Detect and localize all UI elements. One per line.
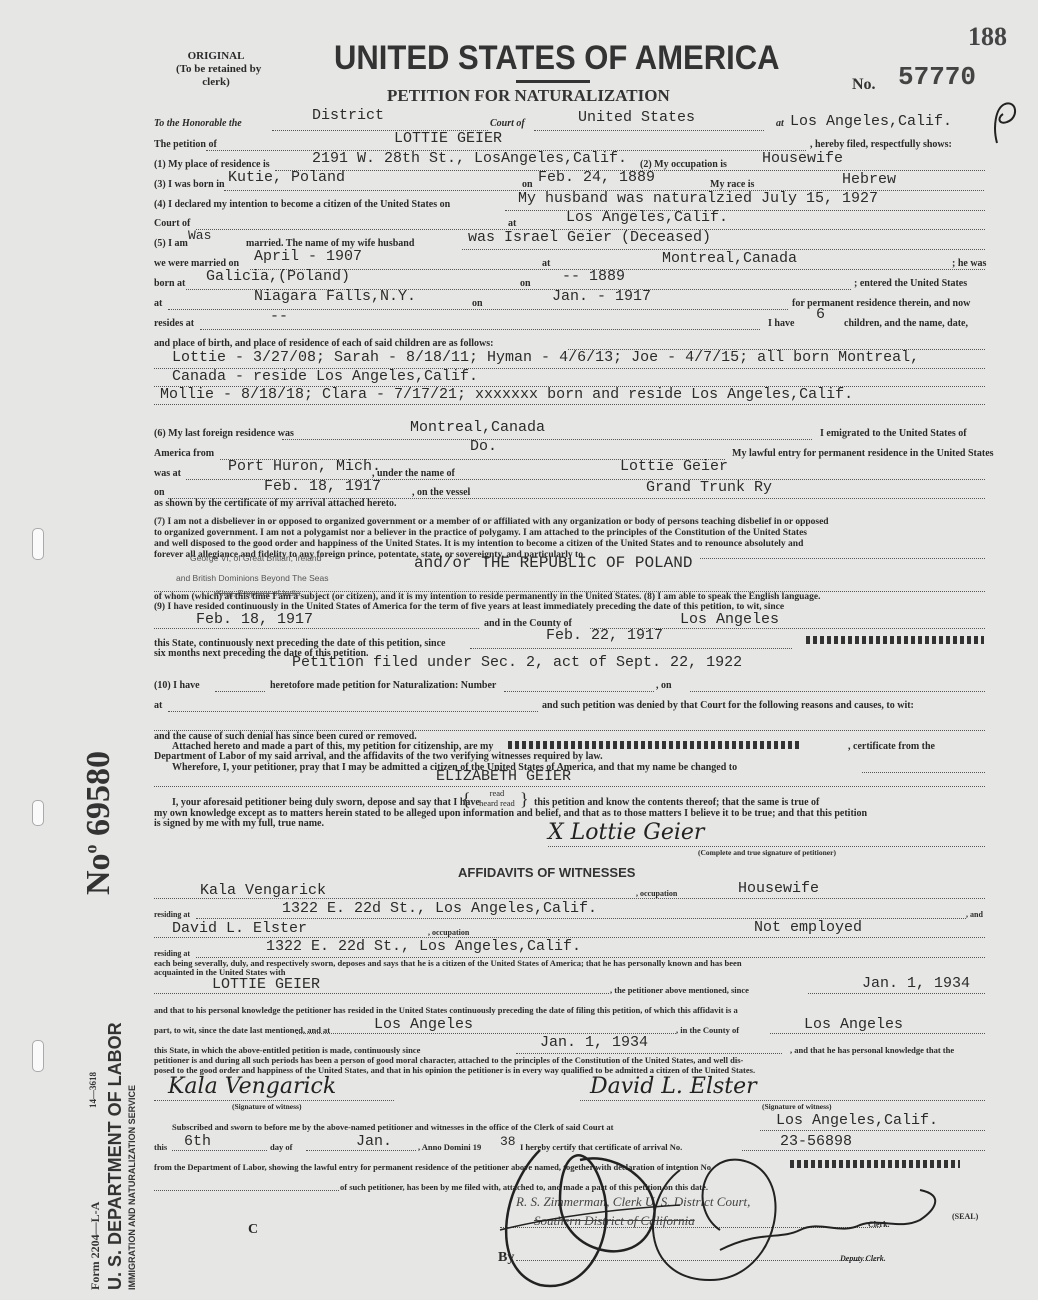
affidavit-petitioner: LOTTIE GEIER <box>212 976 320 993</box>
label-vessel: , on the vessel <box>412 487 470 498</box>
label-children: children, and the name, date, <box>844 318 968 329</box>
residence-value: 2191 W. 28th St., LosAngeles,Calif. <box>312 150 627 167</box>
label-denied: and such petition was denied by that Cou… <box>542 700 914 711</box>
p7-line: (7) I am not a disbeliever in or opposed… <box>154 517 829 528</box>
label-and: , and <box>966 910 983 919</box>
label-occupation-2: , occupation <box>428 928 469 937</box>
clerk-label: clerk) <box>176 76 256 89</box>
handwritten-mark <box>985 98 1025 148</box>
document-title: UNITED STATES OF AMERICA <box>334 38 779 78</box>
county-value: Los Angeles <box>680 611 779 628</box>
day-value: 6th <box>184 1133 211 1150</box>
label-on-4: on <box>154 487 165 498</box>
oath-line-1a: I, your aforesaid petitioner being duly … <box>172 797 480 808</box>
number-label: No. <box>852 76 876 94</box>
label-he-was: ; he was <box>952 258 986 269</box>
spouse-entered-at: Niagara Falls,N.Y. <box>254 288 416 305</box>
stamp-sovereign-2: and British Dominions Beyond The Seas <box>176 573 328 583</box>
birthdate-value: Feb. 24, 1889 <box>538 169 655 186</box>
label-emigrated: I emigrated to the United States of <box>820 428 967 439</box>
label-court-of: Court of <box>490 118 525 129</box>
children-count: 6 <box>816 306 825 323</box>
label-born-at: born at <box>154 278 185 289</box>
court-location: Los Angeles,Calif. <box>790 113 952 130</box>
original-note: ORIGINAL (To be retained by clerk) <box>176 50 256 89</box>
children-line-1: Lottie - 3/27/08; Sarah - 8/18/11; Hyman… <box>172 349 919 366</box>
title-rule <box>516 80 590 83</box>
mark-c: C <box>248 1222 258 1238</box>
spouse-born-on: -- 1889 <box>562 268 625 285</box>
court-type: District <box>312 107 384 124</box>
label-resides-at: resides at <box>154 318 194 329</box>
resided-since-value: Feb. 18, 1917 <box>196 611 313 628</box>
label-was-at: was at <box>154 468 181 479</box>
label-petition-of: The petition of <box>154 139 217 150</box>
label-at-4: at <box>154 298 162 309</box>
original-label: ORIGINAL <box>176 50 256 63</box>
entry-on-value: Feb. 18, 1917 <box>264 478 381 495</box>
side-certificate-number: Noo 69580 <box>80 751 118 895</box>
brace-left: { <box>462 789 471 810</box>
label-at-2: at <box>508 218 516 229</box>
witness-2-signature: David L. Elster <box>590 1074 757 1099</box>
page-number: 188 <box>968 22 1007 52</box>
label-i-have: I have <box>768 318 794 329</box>
entry-name-value: Lottie Geier <box>620 458 728 475</box>
label-at-3: at <box>542 258 550 269</box>
oath-line-3: is signed by me with my full, true name. <box>154 818 324 829</box>
label-department: Department of Labor of my said arrival, … <box>154 751 603 762</box>
section-note: Petition filed under Sec. 2, act of Sept… <box>292 654 742 671</box>
state-since-value: Feb. 22, 1917 <box>546 627 663 644</box>
side-code: 14—3618 <box>88 1072 98 1108</box>
label-entered: ; entered the United States <box>854 278 967 289</box>
brace-right: } <box>520 789 529 810</box>
label-race: My race is <box>710 179 754 190</box>
label-last-foreign: (6) My last foreign residence was <box>154 428 294 439</box>
witness-1-signature: Kala Vengarick <box>168 1074 336 1099</box>
married-at-value: Montreal,Canada <box>662 250 797 267</box>
petitioner-name: LOTTIE GEIER <box>394 130 502 147</box>
p7-line: to organized government. I am not a poly… <box>154 528 829 539</box>
label-county-2: , in the County of <box>676 1025 739 1035</box>
label-occupation-1: , occupation <box>636 889 677 898</box>
witness-1-occupation: Housewife <box>738 880 819 897</box>
label-on: on <box>522 179 533 190</box>
emigrated-from-value: Do. <box>470 438 497 455</box>
read-choice: read heard read <box>474 788 520 808</box>
married-status: Was <box>188 228 211 243</box>
label-residing-2: residing at <box>154 949 190 958</box>
spouse-value: was Israel Geier (Deceased) <box>468 229 711 246</box>
label-court: Court of <box>154 218 190 229</box>
affidavit-p6: petitioner is and during all such period… <box>154 1055 743 1065</box>
label-10c: , on <box>656 680 672 691</box>
spouse-entered-on: Jan. - 1917 <box>552 288 651 305</box>
label-10b: heretofore made petition for Naturalizat… <box>270 680 496 691</box>
label-on-3: on <box>472 298 483 309</box>
punch-hole <box>32 800 44 826</box>
clerk-signature <box>480 1110 960 1300</box>
petition-number: 57770 <box>898 62 976 92</box>
children-line-3: Mollie - 8/18/18; Clara - 7/17/21; xxxxx… <box>160 386 853 403</box>
continuous-since-value: Jan. 1, 1934 <box>540 1034 648 1051</box>
court-name: United States <box>578 109 695 126</box>
label-born-in: (3) I was born in <box>154 179 225 190</box>
label-at-5: at <box>154 700 162 711</box>
witness-1-caption: (Signature of witness) <box>232 1102 301 1111</box>
label-i-am: (5) I am <box>154 238 188 249</box>
signature-caption: (Complete and true signature of petition… <box>698 848 836 857</box>
birthplace-value: Kutie, Poland <box>228 169 345 186</box>
occupation-value: Housewife <box>762 150 843 167</box>
known-since-value: Jan. 1, 1934 <box>862 975 970 992</box>
label-america-from: America from <box>154 448 214 459</box>
label-anno-domini: , Anno Domini 19 <box>418 1142 481 1152</box>
label-under-name: , under the name of <box>372 468 455 479</box>
declared-value: My husband was naturalzied July 15, 1927 <box>518 190 878 207</box>
struck-text <box>806 636 984 644</box>
side-service: IMMIGRATION AND NATURALIZATION SERVICE <box>127 1085 137 1290</box>
spouse-resides: -- <box>270 308 288 325</box>
label-this: this <box>154 1142 167 1152</box>
new-name-value: ELIZABETH GEIER <box>436 768 571 785</box>
label-declared: (4) I declared my intention to become a … <box>154 199 450 210</box>
children-line-2: Canada - reside Los Angeles,Calif. <box>172 368 478 385</box>
label-filed: , hereby filed, respectfully shows: <box>810 139 952 150</box>
label-certificate: as shown by the certificate of my arriva… <box>154 498 397 509</box>
witness-1-name: Kala Vengarick <box>200 882 326 899</box>
spouse-born-at: Galicia,(Poland) <box>206 268 350 285</box>
label-honorable: To the Honorable the <box>154 118 242 129</box>
paragraph-8: of whom (which) at this time I am a subj… <box>154 592 820 602</box>
last-foreign-value: Montreal,Canada <box>410 419 545 436</box>
resided-at-value: Los Angeles <box>374 1016 473 1033</box>
vessel-value: Grand Trunk Ry <box>646 479 772 496</box>
label-children-detail: and place of birth, and place of residen… <box>154 338 493 349</box>
label-attached-b: , certificate from the <box>848 741 935 752</box>
affidavits-title: AFFIDAVITS OF WITNESSES <box>458 865 635 880</box>
affidavit-p3: and that to his personal knowledge the p… <box>154 1005 738 1015</box>
entry-at-value: Port Huron, Mich. <box>228 458 381 475</box>
month-value: Jan. <box>356 1133 392 1150</box>
witness-2-occupation: Not employed <box>754 919 862 936</box>
stamp-sovereign-1: George VI, of Great Britian, Ireland <box>190 553 321 563</box>
heard-read-option: heard read <box>474 798 520 808</box>
punch-hole <box>32 1040 44 1072</box>
declared-at-value: Los Angeles,Calif. <box>566 209 728 226</box>
read-option: read <box>474 788 520 798</box>
label-since: , the petitioner above mentioned, since <box>610 985 749 995</box>
naturalization-petition-page: Noo 69580 Form 2204—L-A U. S. DEPARTMENT… <box>0 0 1038 1300</box>
retained-label: (To be retained by <box>176 63 256 76</box>
side-form-number: Form 2204—L-A <box>88 1202 103 1290</box>
affidavit-p5: this State, in which the above-entitled … <box>154 1045 420 1055</box>
label-day-of: day of <box>270 1142 292 1152</box>
witness-2-address: 1322 E. 22d St., Los Angeles,Calif. <box>266 938 581 955</box>
side-department: U. S. DEPARTMENT OF LABOR <box>105 1022 126 1290</box>
document-subtitle: PETITION FOR NATURALIZATION <box>387 86 670 106</box>
petitioner-signature: X Lottie Geier <box>548 820 704 845</box>
p7-line: and well disposed to the good order and … <box>154 539 829 550</box>
affidavit-p5b: , and that he has personal knowledge tha… <box>790 1045 954 1055</box>
punch-hole <box>32 528 44 560</box>
label-10: (10) I have <box>154 680 200 691</box>
label-residing-1: residing at <box>154 910 190 919</box>
oath-line-1b: this petition and know the contents ther… <box>534 797 819 808</box>
sovereign-value: and/or THE REPUBLIC OF POLAND <box>414 554 692 572</box>
witness-2-name: David L. Elster <box>172 920 307 937</box>
label-on-2: on <box>520 278 531 289</box>
struck-text <box>508 741 800 749</box>
county-value-2: Los Angeles <box>804 1016 903 1033</box>
race-value: Hebrew <box>842 171 896 188</box>
witness-1-address: 1322 E. 22d St., Los Angeles,Calif. <box>282 900 597 917</box>
label-lawful-entry: My lawful entry for permanent residence … <box>732 448 994 459</box>
married-on-value: April - 1907 <box>254 248 362 265</box>
label-at: at <box>776 118 784 129</box>
